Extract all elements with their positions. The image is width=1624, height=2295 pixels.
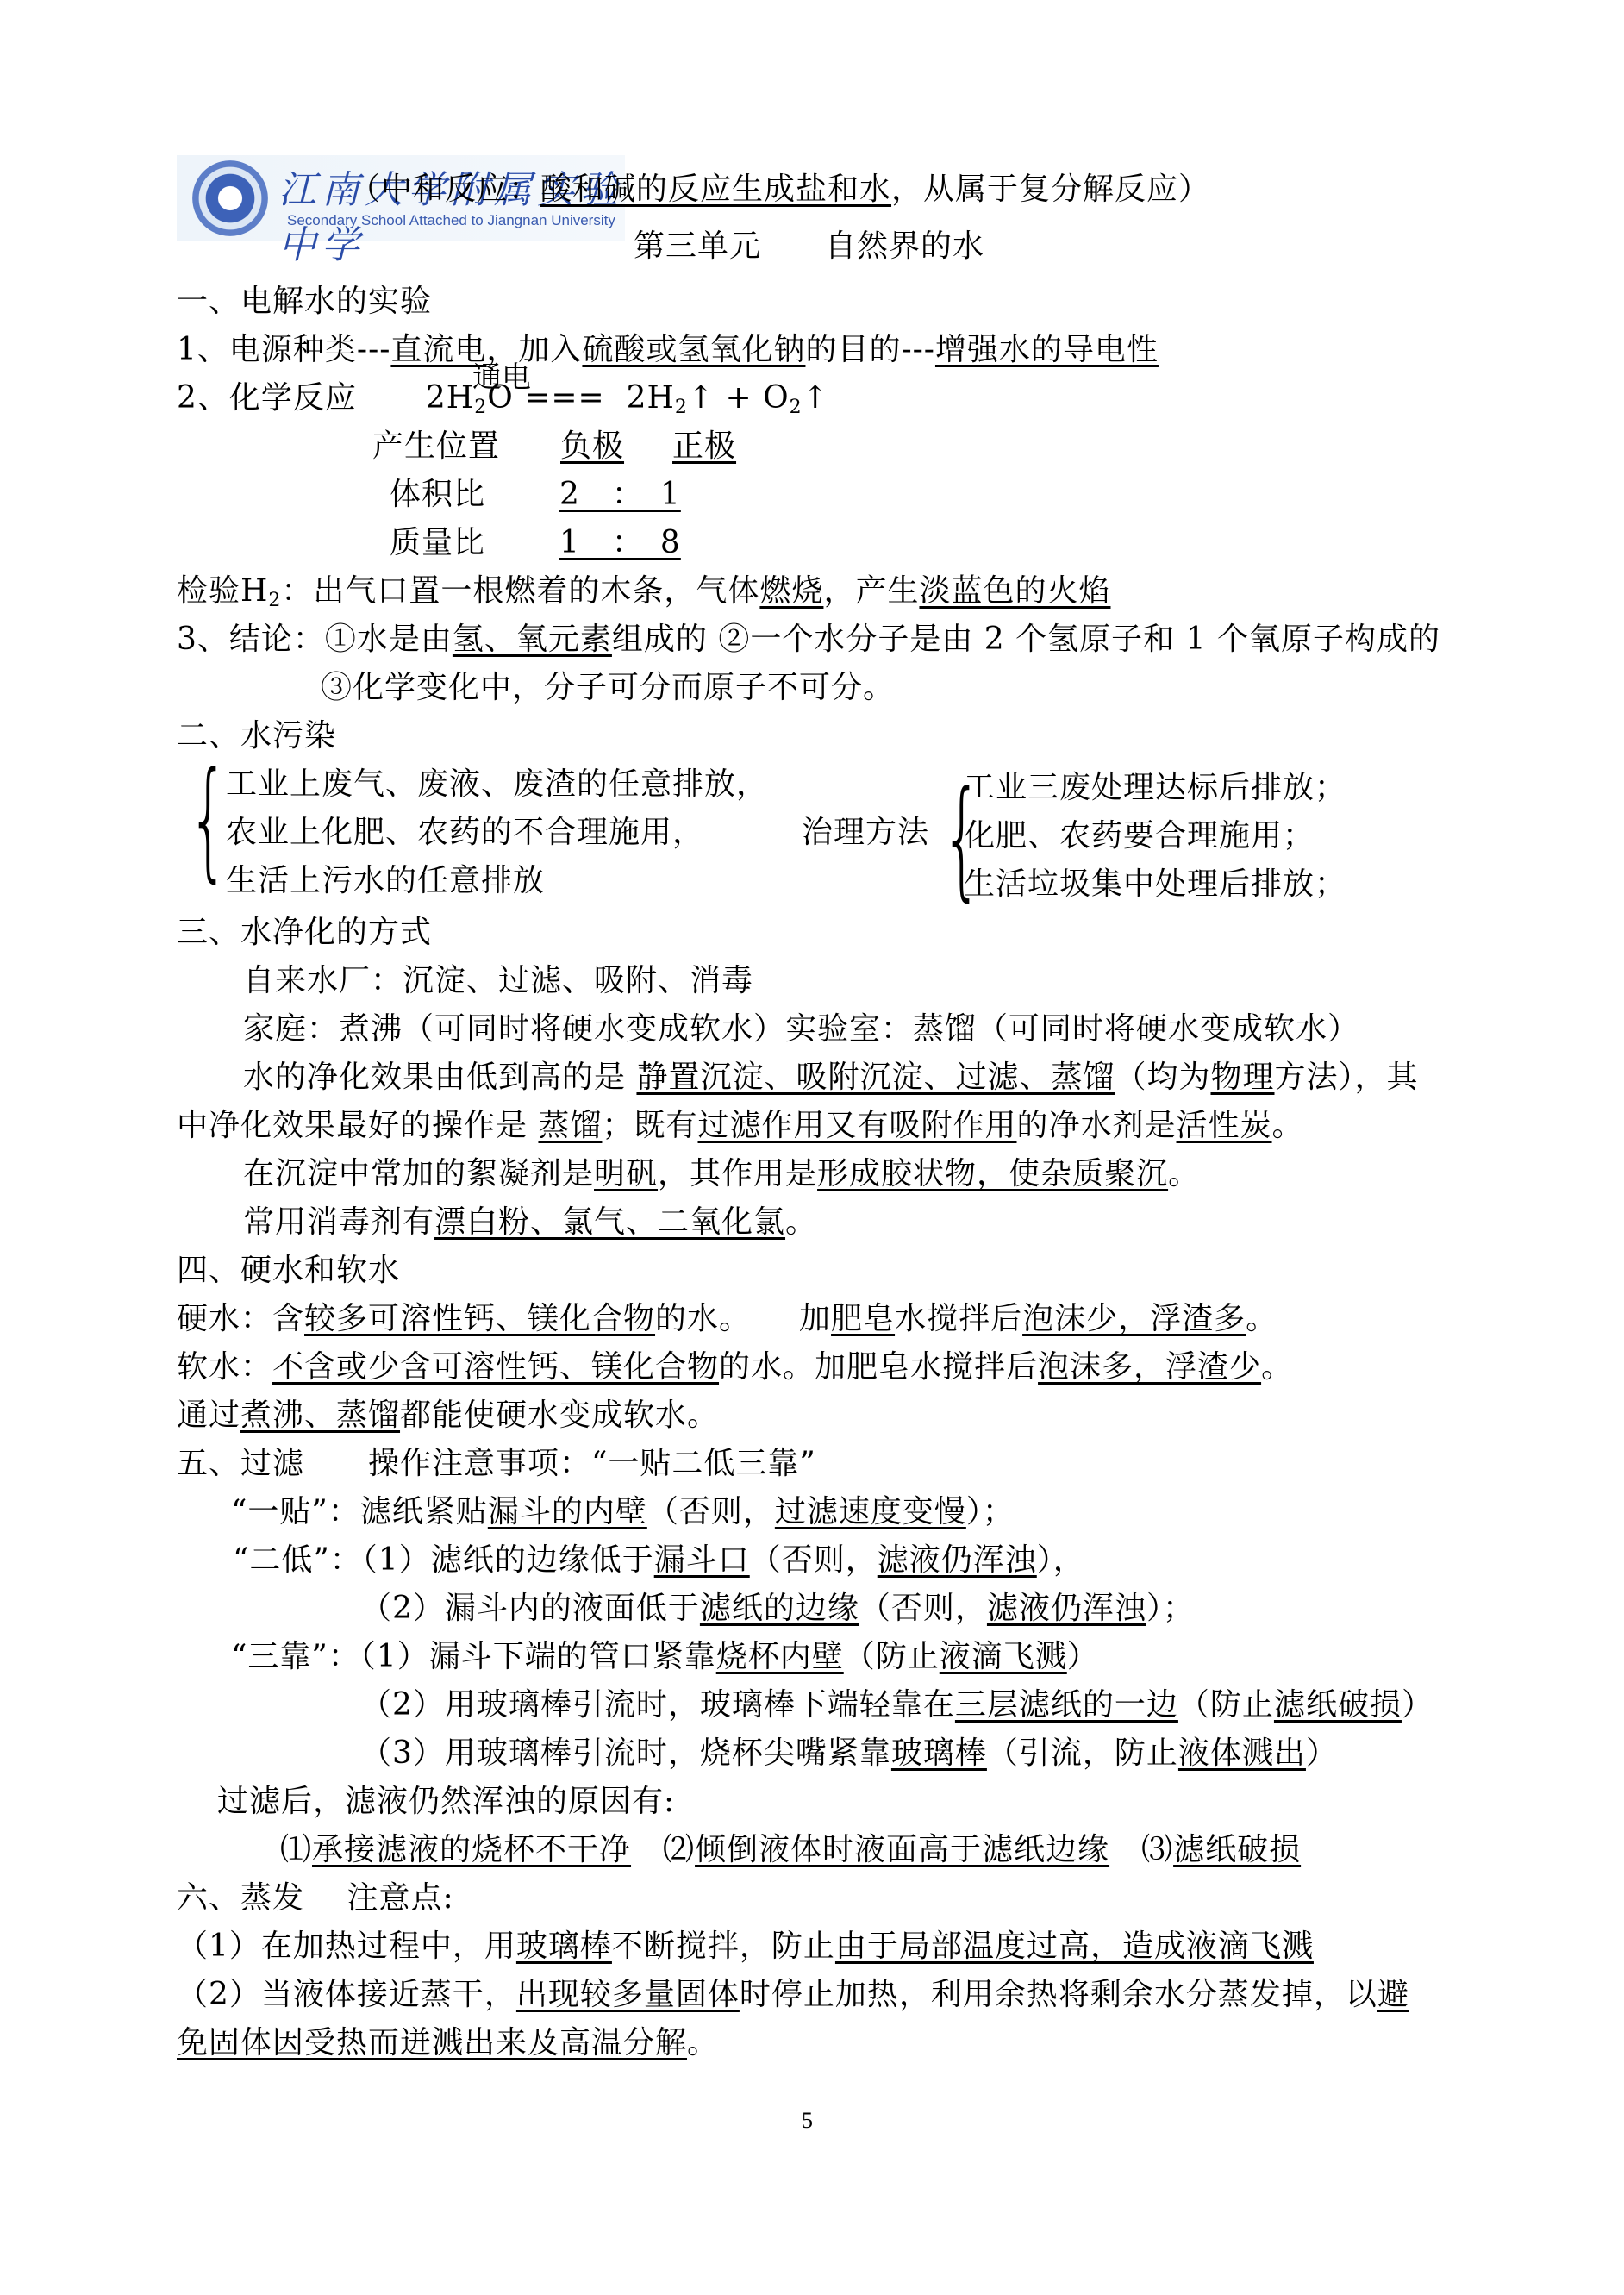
two-low-line-2: （2）漏斗内的液面低于滤纸的边缘（否则，滤液仍浑浊）； [360, 1588, 1195, 1629]
soft-water-line: 软水：不含或少含可溶性钙、镁化合物的水。加肥皂水搅拌后泡沫多，浮渣少。 [177, 1347, 1293, 1388]
waterworks-line: 自来水厂：沉淀、过滤、吸附、消毒 [243, 960, 753, 1002]
pollution-source: 生活上污水的任意排放 [226, 860, 545, 902]
disinfectant-line: 常用消毒剂有漂白粉、氯气、二氧化氯。 [243, 1202, 817, 1243]
power-type-line: 1、电源种类---直流电，加入硫酸或氢氧化钠的目的---增强水的导电性 [177, 329, 1159, 371]
three-lean-line-1: “三靠”：（1）漏斗下端的管口紧靠烧杯内壁（防止液滴飞溅） [231, 1636, 1099, 1678]
hydrogen-test-line: 检验H2：出气口置一根燃着的木条，气体燃烧，产生淡蓝色的火焰 [177, 571, 1110, 622]
mass-ratio-row: 质量比1 ： 8 [390, 522, 681, 564]
two-low-line-1: “二低”：（1）滤纸的边缘低于漏斗口（否则，滤液仍浑浊）， [233, 1540, 1085, 1581]
turbid-reasons-list: ⑴承接滤液的烧杯不干净 ⑵倾倒液体时液面高于滤纸边缘 ⑶滤纸破损 [280, 1829, 1301, 1871]
flocculant-line: 在沉淀中常加的絮凝剂是明矾，其作用是形成胶状物，使杂质聚沉。 [243, 1154, 1200, 1195]
evaporation-point-2: （2）当液体接近蒸干，出现较多量固体时停止加热，利用余热将剩余水分蒸发掉，以避 [177, 1974, 1409, 2016]
treatment-method: 化肥、农药要合理施用； [964, 816, 1315, 857]
treatment-method: 生活垃圾集中处理后排放； [964, 864, 1346, 905]
home-lab-line: 家庭：煮沸（可同时将硬水变成软水）实验室：蒸馏（可同时将硬水变成软水） [243, 1009, 1359, 1050]
logo-english-name: Secondary School Attached to Jiangnan Un… [287, 212, 615, 229]
previous-section-line: （中和反应：酸和碱的反应生成盐和水，从属于复分解反应） [349, 169, 1210, 210]
conclusion-line: 3、结论：①水是由氢、氧元素组成的 ②一个水分子是由 2 个氢原子和 1 个氧原… [177, 619, 1440, 660]
evaporation-point-1: （1）在加热过程中，用玻璃棒不断搅拌，防止由于局部温度过高，造成液滴飞溅 [177, 1926, 1314, 1967]
school-emblem-icon [192, 160, 268, 236]
section-heading: 三、水净化的方式 [177, 912, 432, 954]
section-heading: 六、蒸发 注意点: [177, 1878, 454, 1919]
section-heading: 四、硬水和软水 [177, 1250, 400, 1291]
page-number: 5 [802, 2108, 813, 2134]
treatment-label: 治理方法 [802, 812, 929, 854]
pollution-source: 工业上废气、废液、废渣的任意排放， [226, 764, 768, 805]
three-lean-line-3: （3）用玻璃棒引流时，烧杯尖嘴紧靠玻璃棒（引流，防止液体溅出） [360, 1733, 1338, 1774]
three-lean-line-2: （2）用玻璃棒引流时，玻璃棒下端轻靠在三层滤纸的一边（防止滤纸破损） [360, 1685, 1433, 1726]
best-purification-line: 中净化效果最好的操作是 蒸馏；既有过滤作用又有吸附作用的净水剂是活性炭。 [177, 1105, 1304, 1147]
purification-order-line: 水的净化效果由低到高的是 静置沉淀、吸附沉淀、过滤、蒸馏（均为物理方法），其 [243, 1057, 1419, 1098]
turbid-reasons-title: 过滤后，滤液仍然浑浊的原因有: [217, 1781, 675, 1823]
volume-ratio-row: 体积比2 ： 1 [390, 474, 681, 516]
document-page: 江南大学附属实验中学 Secondary School Attached to … [0, 0, 1624, 2295]
softening-line: 通过煮沸、蒸馏都能使硬水变成软水。 [177, 1395, 719, 1436]
evaporation-point-2-cont: 免固体因受热而迸溅出来及高温分解。 [177, 2023, 719, 2064]
left-brace-icon: { [188, 755, 229, 885]
section-heading: 一、电解水的实验 [177, 281, 432, 322]
hard-water-line: 硬水：含较多可溶性钙、镁化合物的水。 加肥皂水搅拌后泡沫少，浮渣多。 [177, 1298, 1277, 1340]
one-stick-line: “一贴”：滤纸紧贴漏斗的内壁（否则，过滤速度变慢）； [231, 1491, 1015, 1533]
pollution-source: 农业上化肥、农药的不合理施用， [226, 812, 704, 854]
chemical-equation-line: 2、化学反应2H2O === 2H2↑ + O2↑ [177, 378, 829, 428]
treatment-method: 工业三废处理达标后排放； [964, 767, 1346, 809]
electrode-position-row: 产生位置负极正极 [372, 426, 736, 467]
conclusion-line-3: ③化学变化中，分子可分而原子不可分。 [321, 667, 895, 709]
section-heading: 五、过滤 操作注意事项：“一贴二低三靠” [177, 1443, 816, 1485]
unit-title: 第三单元 自然界的水 [634, 226, 984, 267]
